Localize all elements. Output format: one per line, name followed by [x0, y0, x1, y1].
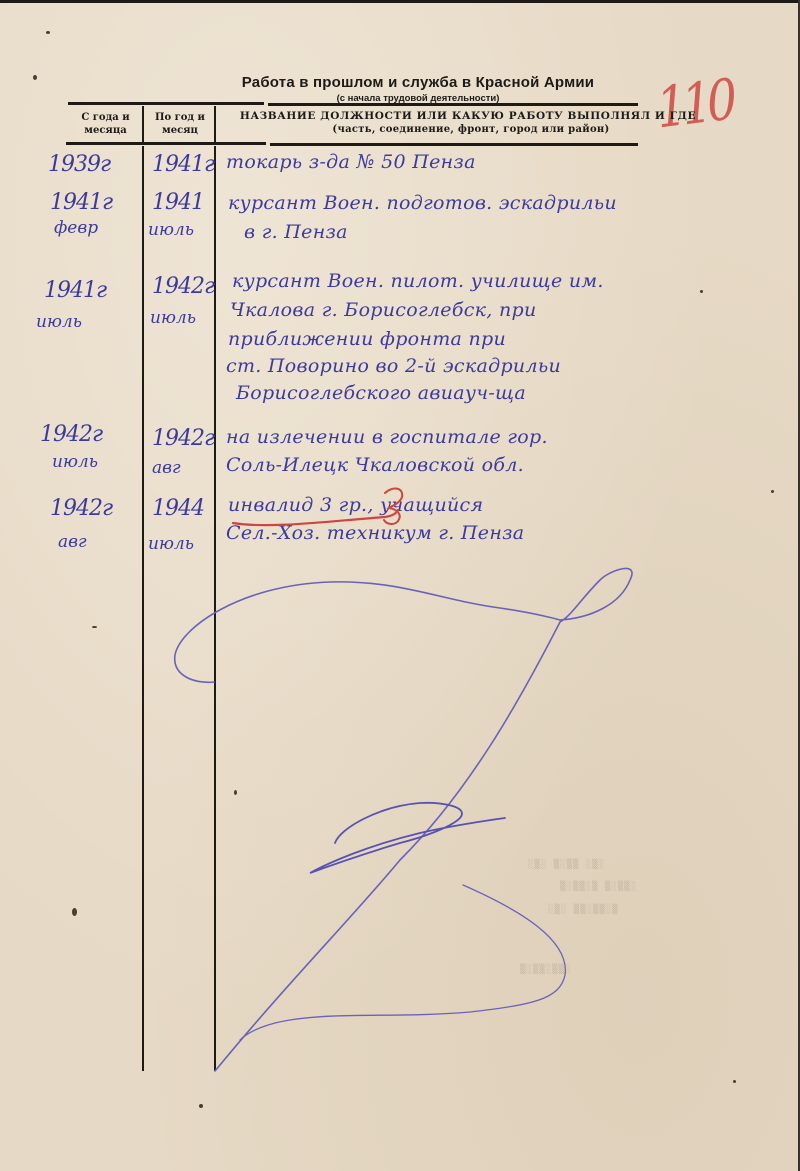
entry-to-year: 1942г [152, 426, 214, 451]
entry-to-month: июль [150, 308, 196, 328]
header-bottom-rule-right [270, 143, 638, 146]
entry-to-year: 1942г [152, 274, 214, 299]
bleed-through-mark: ▒░▒▒░▒▒░ [520, 965, 571, 975]
entry-text-line: в г. Пенза [244, 219, 348, 246]
header-column-divider-2 [214, 106, 216, 142]
cancel-stroke-signature [175, 568, 632, 1071]
entry-text-line: Чкалова г. Борисоглебск, при [230, 297, 537, 324]
paper-speck [733, 1080, 736, 1083]
paper-speck [771, 490, 774, 493]
entry-from-year: 1941г [44, 278, 106, 303]
entry-text-line: курсант Воен. пилот. училище им. [232, 268, 604, 295]
paper-speck [92, 626, 97, 628]
column-divider-2 [214, 146, 216, 1071]
entry-from-year: 1942г [40, 422, 102, 447]
column-divider-1 [142, 146, 144, 1071]
entry-to-month: июль [148, 220, 194, 240]
entry-text-line: ст. Поворино во 2-й эскадрильи [226, 353, 561, 380]
column-header-to: По год и месяц [145, 111, 215, 137]
entry-to-month: июль [148, 534, 194, 554]
page-top-edge [0, 0, 800, 3]
entry-text-line: приближении фронта при [228, 326, 506, 353]
entry-from-month: февр [54, 218, 98, 238]
entry-text-line: Борисоглебского авиауч-ща [236, 380, 526, 407]
entry-text-line: инвалид 3 гр., учащийся [228, 492, 483, 519]
paper-speck [700, 290, 703, 293]
entry-from-month: авг [58, 532, 87, 552]
archival-form-page: Работа в прошлом и служба в Красной Арми… [0, 0, 800, 1171]
column-header-position-subtitle: (часть, соединение, фронт, город или рай… [218, 123, 718, 136]
entry-text-line: токарь з-да № 50 Пенза [226, 149, 476, 176]
entry-from-month: июль [52, 452, 98, 472]
bleed-through-mark: ▒░▒▒░▒ ▒░▒▒░ [560, 882, 637, 892]
entry-to-year: 1944 [152, 496, 204, 521]
entry-to-year: 1941 [152, 190, 204, 215]
header-top-rule-left [68, 102, 264, 105]
signature-tail [240, 885, 565, 1040]
entry-to-year: 1941г [152, 152, 214, 177]
paper-speck [72, 908, 77, 916]
entry-from-month: июль [36, 312, 82, 332]
entry-text-line: Соль-Илецк Чкаловской обл. [226, 452, 524, 479]
column-header-position: НАЗВАНИЕ ДОЛЖНОСТИ ИЛИ КАКУЮ РАБОТУ ВЫПО… [218, 110, 718, 136]
entry-text-line: Сел.-Хоз. техникум г. Пенза [226, 520, 524, 547]
entry-to-month: авг [152, 458, 181, 478]
paper-speck [199, 1104, 203, 1108]
paper-speck [234, 790, 237, 795]
column-header-from: С года и месяца [68, 111, 143, 137]
entry-from-year: 1942г [50, 496, 112, 521]
column-header-position-title: НАЗВАНИЕ ДОЛЖНОСТИ ИЛИ КАКУЮ РАБОТУ ВЫПО… [218, 110, 718, 123]
bleed-through-mark: ░▒░ ▒░▒▒ ░▒░ [528, 860, 605, 870]
entry-from-year: 1939г [48, 152, 110, 177]
form-title-text: Работа в прошлом и служба в Красной Арми… [206, 74, 594, 91]
header-bottom-rule-left [66, 142, 266, 145]
header-column-divider-1 [142, 106, 144, 142]
entry-from-year: 1941г [50, 190, 112, 215]
paper-speck [46, 31, 50, 34]
header-top-rule-right [268, 103, 638, 106]
entry-text-line: на излечении в госпитале гор. [226, 424, 548, 451]
signature-loop [310, 803, 505, 873]
bleed-through-mark: ░▒░ ▒▒░▒▒░▒ [548, 905, 619, 915]
entry-text-line: курсант Воен. подготов. эскадрильи [228, 190, 617, 217]
